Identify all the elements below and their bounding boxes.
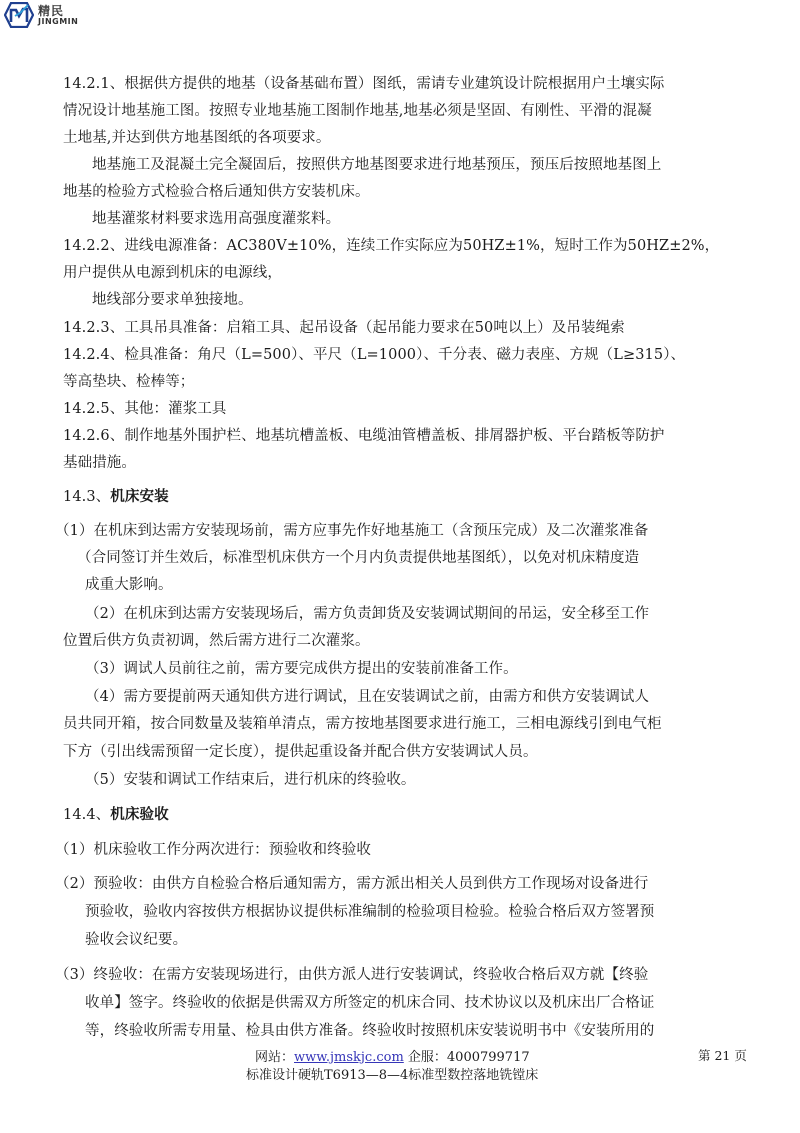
paragraph-line: （4）需方要提前两天通知供方进行调试，且在安装调试之前，由需方和供方安装调试人 — [85, 687, 649, 707]
paragraph-line: 14.2.5、其他：灌浆工具 — [63, 399, 227, 419]
paragraph-line: 14.2.2、进线电源准备：AC380V±10%，连续工作实际应为50HZ±1%… — [63, 236, 719, 256]
paragraph-line: （2）在机床到达需方安装现场后，需方负责卸货及安装调试期间的吊运，安全移至工作 — [85, 604, 649, 624]
page-number: 第 21 页 — [698, 1046, 747, 1064]
paragraph-line: 地基施工及混凝土完全凝固后，按照供方地基图要求进行地基预压，预压后按照地基图上 — [92, 155, 661, 175]
paragraph-line: 14.2.3、工具吊具准备：启箱工具、起吊设备（起吊能力要求在50吨以上）及吊装… — [63, 318, 625, 338]
paragraph-line: （3）终验收：在需方安装现场进行，由供方派人进行安装调试，终验收合格后双方就【终… — [55, 965, 648, 985]
paragraph-line: （2）预验收：由供方自检验合格后通知需方，需方派出相关人员到供方工作现场对设备进… — [55, 874, 648, 894]
logo-english-name: JINGMIN — [38, 18, 78, 26]
website-link[interactable]: www.jmskjc.com — [294, 1050, 404, 1065]
section-title: 机床验收 — [110, 806, 168, 823]
paragraph-line: 14.2.1、根据供方提供的地基（设备基础布置）图纸，需请专业建筑设计院根据用户… — [63, 74, 665, 94]
paragraph-line: 员共同开箱，按合同数量及装箱单清点，需方按地基图要求进行施工，三相电源线引到电气… — [63, 714, 662, 734]
paragraph-line: 成重大影响。 — [85, 575, 173, 595]
paragraph-line: （1）机床验收工作分两次进行：预验收和终验收 — [55, 840, 371, 860]
paragraph-line: 预验收，验收内容按供方根据协议提供标准编制的检验项目检验。检验合格后双方签署预 — [85, 902, 654, 922]
document-title: 标准设计硬轨T6913—8—4标准型数控落地铣镗床 — [246, 1064, 538, 1083]
paragraph-line: 地基的检验方式检验合格后通知供方安装机床。 — [63, 182, 370, 202]
paragraph-line: 14.2.4、检具准备：角尺（L=500）、平尺（L=1000）、千分表、磁力表… — [63, 345, 685, 365]
service-hotline: 企服：4000799717 — [404, 1050, 530, 1065]
logo-chinese-name: 精民 — [38, 5, 78, 17]
section-heading-14-3: 14.3、机床安装 — [63, 487, 169, 507]
website-label: 网站： — [255, 1050, 294, 1065]
section-heading-14-4: 14.4、机床验收 — [63, 805, 169, 825]
jingmin-logo-icon — [4, 2, 34, 28]
paragraph-line: 基础措施。 — [63, 453, 136, 473]
section-number: 14.3、 — [63, 489, 110, 505]
company-logo: 精民 JINGMIN — [4, 2, 78, 28]
paragraph-line: 用户提供从电源到机床的电源线， — [63, 263, 282, 283]
section-title: 机床安装 — [110, 488, 168, 505]
paragraph-line: 情况设计地基施工图。按照专业地基施工图制作地基,地基必须是坚固、有刚性、平滑的混… — [63, 101, 652, 121]
paragraph-line: （3）调试人员前往之前，需方要完成供方提出的安装前准备工作。 — [85, 659, 518, 679]
paragraph-line: （1）在机床到达需方安装现场前，需方应事先作好地基施工（含预压完成）及二次灌浆准… — [55, 521, 648, 541]
paragraph-line: 等高垫块、检棒等； — [63, 372, 194, 392]
paragraph-line: （5）安装和调试工作结束后，进行机床的终验收。 — [85, 770, 416, 790]
paragraph-line: 土地基,并达到供方地基图纸的各项要求。 — [63, 128, 331, 148]
section-number: 14.4、 — [63, 807, 110, 823]
paragraph-line: 地基灌浆材料要求选用高强度灌浆料。 — [92, 209, 340, 229]
paragraph-line: 位置后供方负责初调，然后需方进行二次灌浆。 — [63, 631, 370, 651]
paragraph-line: 14.2.6、制作地基外围护栏、地基坑槽盖板、电缆油管槽盖板、排屑器护板、平台踏… — [63, 426, 665, 446]
footer-contact: 网站：www.jmskjc.com 企服：4000799717 — [255, 1046, 530, 1065]
paragraph-line: 收单】签字。终验收的依据是供需双方所签定的机床合同、技术协议以及机床出厂合格证 — [85, 993, 654, 1013]
paragraph-line: 地线部分要求单独接地。 — [92, 290, 253, 310]
paragraph-line: 验收会议纪要。 — [85, 930, 187, 950]
paragraph-line: （合同签订并生效后，标准型机床供方一个月内负责提供地基图纸），以免对机床精度造 — [77, 548, 639, 568]
paragraph-line: 下方（引出线需预留一定长度），提供起重设备并配合供方安装调试人员。 — [63, 742, 538, 762]
paragraph-line: 等，终验收所需专用量、检具由供方准备。终验收时按照机床安装说明书中《安装所用的 — [85, 1021, 654, 1041]
